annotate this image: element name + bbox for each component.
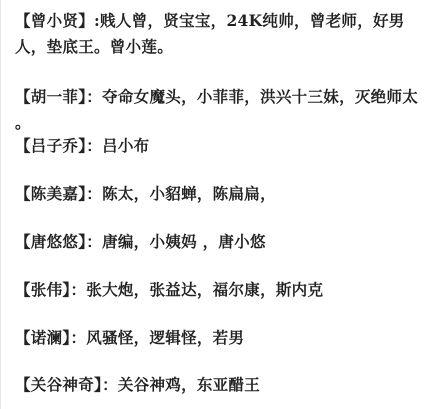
entry-zhang-wei: 【张伟】：张大炮，张益达，福尔康，斯内克: [15, 277, 420, 303]
nickname-list: 风骚怪，逻辑怪，若男: [86, 328, 244, 347]
separator: ：: [70, 328, 86, 347]
entry-hu-yifei: 【胡一菲】：夺命女魔头，小菲菲，洪兴十三妹，灭绝师太 。: [15, 84, 420, 136]
separator: ：: [102, 375, 118, 394]
character-name: 【曾小贤】: [15, 11, 94, 30]
separator: ：: [86, 232, 102, 251]
separator: ：: [86, 184, 102, 203]
entry-tang-youyou: 【唐悠悠】：唐编，小姨妈 ，唐小悠: [15, 229, 420, 255]
character-name: 【关谷神奇】: [15, 375, 102, 394]
separator: ：: [86, 136, 102, 155]
character-name: 【诺澜】: [15, 328, 70, 347]
separator: ：: [70, 280, 86, 299]
entry-guangu-shenqi: 【关谷神奇】：关谷神鸡，东亚醋王: [15, 372, 420, 398]
character-name: 【吕子乔】: [15, 136, 86, 155]
nickname-document: 【曾小贤】:贱人曾，贤宝宝，24K纯帅，曾老师，好男人，垫底王。曾小莲。 【胡一…: [0, 0, 431, 409]
character-name: 【胡一菲】: [15, 87, 86, 106]
entry-nuo-lan: 【诺澜】：风骚怪，逻辑怪，若男: [15, 325, 420, 351]
nickname-list: 陈太，小貂蝉，陈扁扁，: [102, 184, 276, 203]
nickname-list: 张大炮，张益达，福尔康，斯内克: [86, 280, 323, 299]
nickname-list: 吕小布: [102, 136, 149, 155]
character-name: 【唐悠悠】: [15, 232, 86, 251]
character-name: 【陈美嘉】: [15, 184, 86, 203]
character-name: 【张伟】: [15, 280, 70, 299]
entry-zeng-xiaoxian: 【曾小贤】:贱人曾，贤宝宝，24K纯帅，曾老师，好男人，垫底王。曾小莲。: [15, 8, 420, 60]
entry-lv-ziqiao: 【吕子乔】：吕小布: [15, 133, 420, 159]
separator: ：: [86, 87, 102, 106]
nickname-list: 唐编，小姨妈 ，唐小悠: [102, 232, 266, 251]
nickname-list: 关谷神鸡，东亚醋王: [118, 375, 260, 394]
entry-chen-meijia: 【陈美嘉】：陈太，小貂蝉，陈扁扁，: [15, 181, 420, 207]
